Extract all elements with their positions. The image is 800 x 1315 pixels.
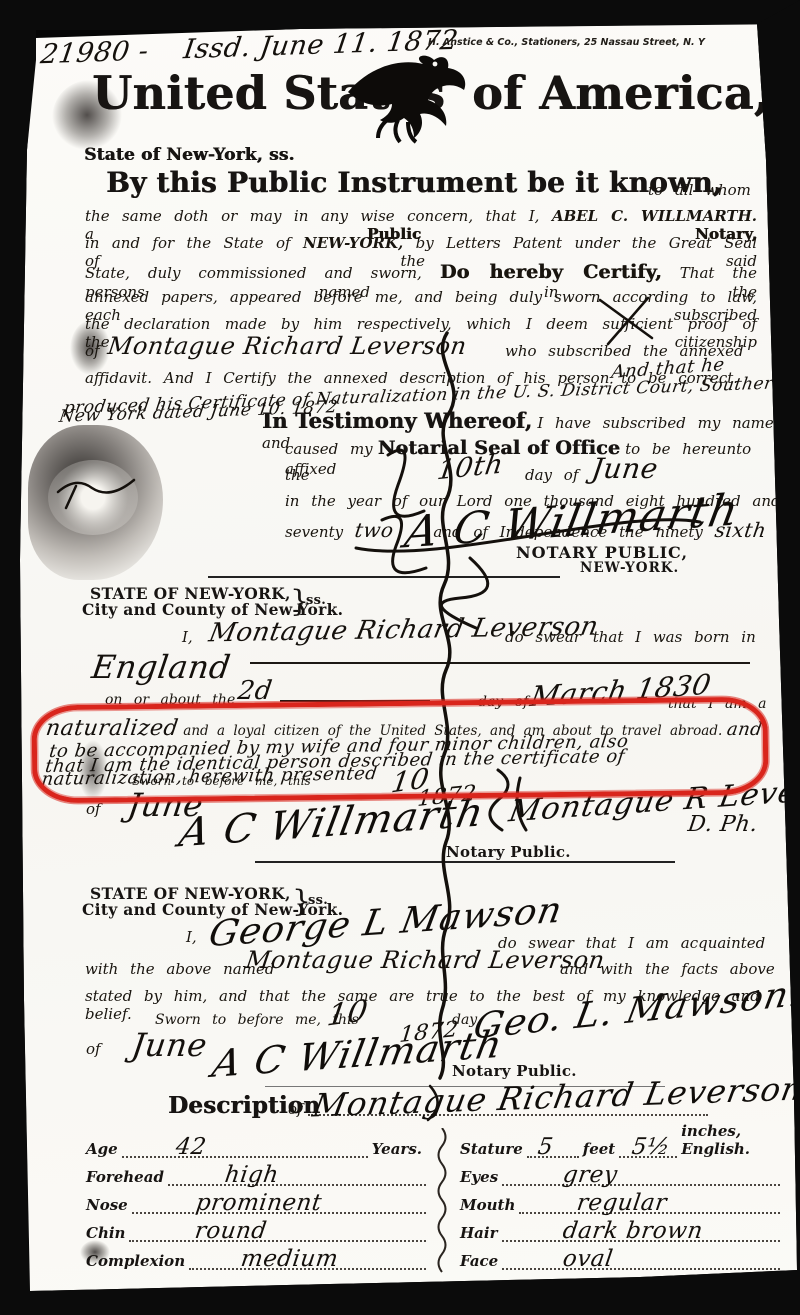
affidavit2-i: I,	[186, 928, 197, 946]
affidavit1-line1-post: do swear that I was born in	[505, 628, 756, 646]
row-value: dark brown	[561, 1218, 704, 1244]
certificate-line-6-of: of	[85, 342, 100, 360]
row-label: Forehead	[86, 1168, 168, 1186]
state-caption: State of New-York, ss.	[84, 145, 295, 165]
section-divider	[208, 576, 560, 578]
row-value: high	[223, 1162, 280, 1188]
state-name-bold: NEW-YORK,	[303, 234, 403, 252]
dotted-fill: round	[129, 1236, 426, 1242]
certificate-text: the same doth or may in any wise concern…	[85, 207, 539, 225]
row-label: Nose	[86, 1196, 132, 1214]
row-label: Stature	[460, 1140, 527, 1158]
row-value: prominent	[195, 1190, 324, 1216]
row-suffix: inches, English.	[677, 1122, 780, 1158]
dotted-fill: oval	[502, 1264, 780, 1270]
row-value: 5	[536, 1134, 555, 1160]
description-row-forehead: Forehead high	[86, 1160, 426, 1186]
dotted-fill: regular	[519, 1208, 780, 1214]
row-label: Hair	[460, 1224, 502, 1242]
dotted-fill: 42	[122, 1152, 368, 1158]
description-row-nose: Nose prominent	[86, 1188, 426, 1214]
testimony-line-3-dayof: day of	[525, 466, 578, 484]
testimony-text: seventy	[285, 523, 343, 541]
notary-name: ABEL C. WILLMARTH.	[552, 207, 757, 225]
row-mid: feet	[579, 1140, 619, 1158]
description-row-complexion: Complexion medium	[86, 1244, 426, 1270]
dotted-fill: high	[168, 1180, 426, 1186]
new-york-caption: NEW-YORK.	[580, 560, 679, 576]
certify-bold: Do hereby Certify,	[440, 261, 662, 283]
testimony-text: caused my	[285, 440, 373, 458]
rule-line	[250, 662, 750, 664]
row-value: regular	[575, 1190, 668, 1216]
certificate-text: in and for the State of	[85, 234, 291, 252]
birth-day-handwritten: 2d	[236, 676, 274, 706]
row-label: Mouth	[460, 1196, 519, 1214]
testimony-line-3-the: the	[285, 466, 310, 484]
dotted-fill: medium	[189, 1264, 426, 1270]
description-row-age: Age 42 Years.	[86, 1132, 426, 1158]
description-row-face: Face oval	[460, 1244, 780, 1270]
affidavit2-sworn-of: of	[86, 1040, 101, 1058]
birthplace-handwritten: England	[89, 648, 233, 686]
scanned-notarial-passport-document: 21980 - Issd. June 11. 1872 H. Anstice &…	[0, 0, 800, 1315]
row-label: Complexion	[86, 1252, 189, 1270]
row-suffix: Years.	[368, 1140, 426, 1158]
dotted-fill: 5½	[619, 1152, 677, 1158]
row-value: grey	[561, 1162, 619, 1188]
row-label: Chin	[86, 1224, 129, 1242]
dotted-fill: 5	[527, 1152, 579, 1158]
affidavit2-line2-post: and with the facts above	[560, 960, 775, 978]
dotted-fill: dark brown	[502, 1236, 781, 1242]
eagle-icon	[338, 50, 478, 150]
printer-imprint: H. Anstice & Co., Stationers, 25 Nassau …	[428, 37, 708, 48]
deponent-title: D. Ph.	[686, 812, 759, 837]
row-label: Face	[460, 1252, 502, 1270]
title-of-america: of America,	[472, 66, 770, 120]
section-divider	[255, 861, 675, 863]
affidavit1-notary-caption: Notary Public.	[446, 843, 571, 861]
subject-name-handwritten: Montague Richard Leverson	[106, 332, 469, 360]
red-annotation-oval	[31, 697, 768, 804]
opening-tail: to all whom	[648, 181, 751, 199]
affidavit1-i: I,	[182, 628, 193, 646]
affidavit2-named-handwritten: Montague Richard Leverson	[244, 946, 607, 974]
row-value: 42	[174, 1134, 208, 1160]
dotted-fill: prominent	[132, 1208, 426, 1214]
affidavit1-ss: ss.	[306, 593, 326, 608]
notarial-seal-highlight	[48, 460, 138, 535]
dotted-fill: grey	[502, 1180, 780, 1186]
row-label: Age	[86, 1140, 122, 1158]
certificate-text: State, duly commissioned and sworn,	[85, 264, 422, 282]
affidavit2-sworn-day: 10	[325, 993, 370, 1033]
row-value: oval	[562, 1246, 616, 1272]
row-value: medium	[239, 1246, 340, 1272]
description-row-hair: Hair dark brown	[460, 1216, 780, 1242]
row-value-2: 5½	[630, 1134, 672, 1160]
description-row-eyes: Eyes grey	[460, 1160, 780, 1186]
description-row-stature: Stature 5 feet 5½ inches, English.	[460, 1132, 780, 1158]
description-of: of	[288, 1100, 303, 1118]
year-handwritten: two	[353, 518, 395, 542]
affidavit2-sworn-month: June	[129, 1026, 209, 1064]
row-value: round	[193, 1218, 268, 1244]
description-row-mouth: Mouth regular	[460, 1188, 780, 1214]
row-label: Eyes	[460, 1168, 502, 1186]
month-handwritten: June	[590, 452, 661, 485]
opening-heading: By this Public Instrument be it known,	[106, 166, 723, 199]
description-row-chin: Chin round	[86, 1216, 426, 1242]
testimony-lead: In Testimony Whereof,	[262, 408, 532, 433]
wavy-column-divider	[434, 1128, 450, 1278]
